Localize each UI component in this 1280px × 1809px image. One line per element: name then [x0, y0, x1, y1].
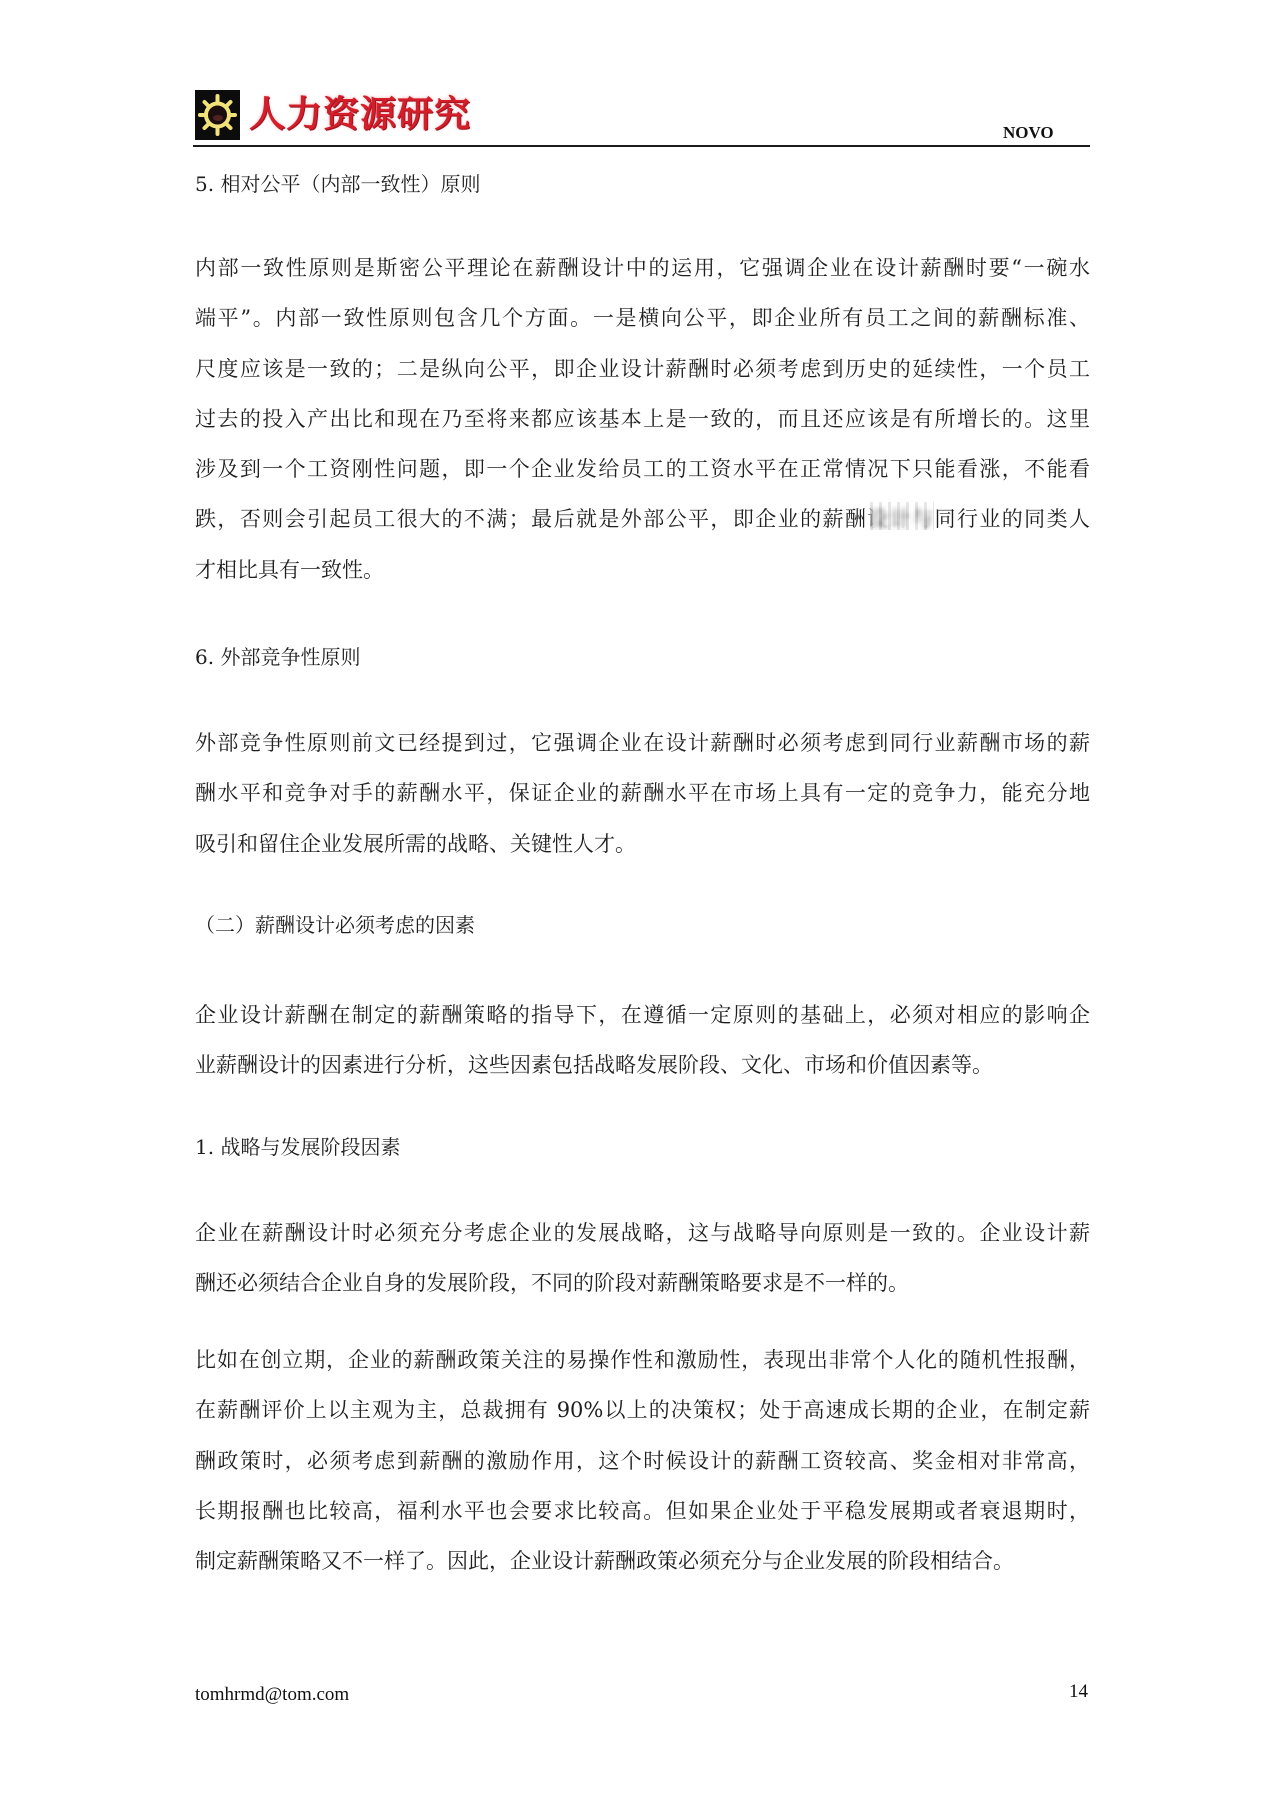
paragraph-line: 比如在创立期，企业的薪酬政策关注的易操作性和激励性，表现出非常个人化的随机性报酬… [195, 1335, 1090, 1385]
paragraph-line: 业薪酬设计的因素进行分析，这些因素包括战略发展阶段、文化、市场和价值因素等。 [195, 1040, 1090, 1090]
heading-text: 6. 外部竞争性原则 [195, 632, 1090, 682]
paragraph-line: 在薪酬评价上以主观为主，总裁拥有 90%以上的决策权；处于高速成长期的企业，在制… [195, 1385, 1090, 1435]
paragraph-line: 外部竞争性原则前文已经提到过，它强调企业在设计薪酬时必须考虑到同行业薪酬市场的薪 [195, 718, 1090, 768]
footer-email: tomhrmd@tom.com [195, 1683, 349, 1707]
paragraph: 企业在薪酬设计时必须充分考虑企业的发展战略，这与战略导向原则是一致的。企业设计薪… [195, 1208, 1090, 1309]
paragraph-line: 企业设计薪酬在制定的薪酬策略的指导下，在遵循一定原则的基础上，必须对相应的影响企 [195, 990, 1090, 1040]
document-page: 人力资源研究 NOVO 5. 相对公平（内部一致性）原则 内部一致性原则是斯密公… [0, 0, 1280, 1809]
paragraph: 比如在创立期，企业的薪酬政策关注的易操作性和激励性，表现出非常个人化的随机性报酬… [195, 1335, 1090, 1586]
heading-text: 1. 战略与发展阶段因素 [195, 1122, 1090, 1172]
page-number: 14 [1069, 1680, 1088, 1704]
brand-label: NOVO [1003, 123, 1054, 143]
paragraph-line: 酬还必须结合企业自身的发展阶段，不同的阶段对薪酬策略要求是不一样的。 [195, 1258, 1090, 1308]
paragraph-line: 过去的投入产出比和现在乃至将来都应该基本上是一致的，而且还应该是有所增长的。这里 [195, 394, 1090, 444]
section-heading: （二）薪酬设计必须考虑的因素 [195, 900, 1090, 950]
paragraph-line: 涉及到一个工资刚性问题，即一个企业发给员工的工资水平在正常情况下只能看涨，不能看 [195, 444, 1090, 494]
gear-sun-icon [195, 90, 240, 140]
paragraph-line: 长期报酬也比较高，福利水平也会要求比较高。但如果企业处于平稳发展期或者衰退期时， [195, 1486, 1090, 1536]
paragraph-line: 制定薪酬策略又不一样了。因此，企业设计薪酬政策必须充分与企业发展的阶段相结合。 [195, 1536, 1090, 1586]
paragraph-line: 企业在薪酬设计时必须充分考虑企业的发展战略，这与战略导向原则是一致的。企业设计薪 [195, 1208, 1090, 1258]
paragraph-line: 才相比具有一致性。 [195, 545, 1090, 595]
paragraph-line: 吸引和留住企业发展所需的战略、关键性人才。 [195, 819, 1090, 869]
heading-text: 5. 相对公平（内部一致性）原则 [195, 159, 1090, 209]
logo-title: 人力资源研究 [249, 90, 471, 140]
paragraph: 外部竞争性原则前文已经提到过，它强调企业在设计薪酬时必须考虑到同行业薪酬市场的薪… [195, 718, 1090, 869]
paragraph-line: 内部一致性原则是斯密公平理论在薪酬设计中的运用，它强调企业在设计薪酬时要“一碗水 [195, 243, 1090, 293]
paragraph: 企业设计薪酬在制定的薪酬策略的指导下，在遵循一定原则的基础上，必须对相应的影响企… [195, 990, 1090, 1091]
section-heading: 1. 战略与发展阶段因素 [195, 1122, 1090, 1172]
paragraph-line: 酬政策时，必须考虑到薪酬的激励作用，这个时候设计的薪酬工资较高、奖金相对非常高， [195, 1436, 1090, 1486]
paragraph-line: 酬水平和竞争对手的薪酬水平，保证企业的薪酬水平在市场上具有一定的竞争力，能充分地 [195, 768, 1090, 818]
paragraph-line: 跌，否则会引起员工很大的不满；最后就是外部公平，即企业的薪酬设计与同行业的同类人 [195, 494, 1090, 544]
header-divider [193, 145, 1090, 147]
paragraph-line: 端平”。内部一致性原则包含几个方面。一是横向公平，即企业所有员工之间的薪酬标准、 [195, 293, 1090, 343]
heading-text: （二）薪酬设计必须考虑的因素 [195, 900, 1090, 950]
section-heading: 6. 外部竞争性原则 [195, 632, 1090, 682]
paragraph-line: 尺度应该是一致的；二是纵向公平，即企业设计薪酬时必须考虑到历史的延续性，一个员工 [195, 344, 1090, 394]
paragraph: 内部一致性原则是斯密公平理论在薪酬设计中的运用，它强调企业在设计薪酬时要“一碗水… [195, 243, 1090, 595]
section-heading: 5. 相对公平（内部一致性）原则 [195, 159, 1090, 209]
scan-blur-artifact [870, 502, 934, 530]
